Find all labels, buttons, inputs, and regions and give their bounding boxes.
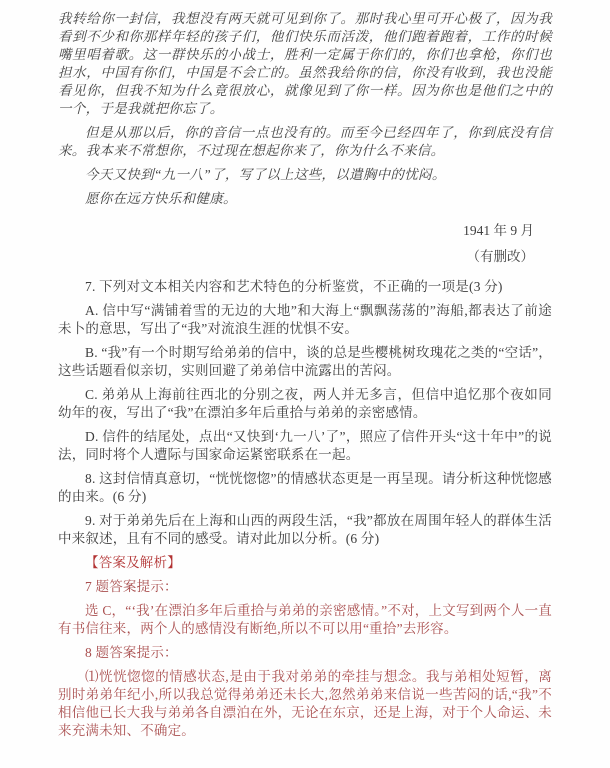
question-8: 8. 这封信情真意切，“恍恍惚惚”的情感状态更是一再呈现。请分析这种恍惚感的由来…: [58, 470, 552, 506]
letter-paragraph: 今天又快到“九一八”了，写了以上这些，以遣胸中的忧闷。: [58, 166, 552, 184]
answer-q8-label: 8 题答案提示：: [58, 644, 552, 662]
letter-paragraph: 我转给你一封信，我想没有两天就可见到你了。那时我心里可开心极了，因为我看到不少和…: [58, 10, 552, 118]
answer-q7-label: 7 题答案提示：: [58, 578, 552, 596]
questions-section: 7. 下列对文本相关内容和艺术特色的分析鉴赏，不正确的一项是(3 分) A. 信…: [58, 278, 552, 548]
question-7-option-d: D. 信件的结尾处，点出“又快到‘九一八’了”，照应了信件开头“这十年中”的说法…: [58, 428, 552, 464]
letter-date: 1941 年 9 月: [58, 222, 534, 240]
answer-q7-text: 选 C，“‘我’在漂泊多年后重拾与弟弟的亲密感情。”不对，上文写到两个人一直有书…: [58, 602, 552, 638]
answer-q8-text: ⑴恍恍惚惚的情感状态,是由于我对弟弟的牵挂与想念。我与弟相处短暂，离别时弟弟年纪…: [58, 668, 552, 740]
letter-signoff: 1941 年 9 月 （有删改）: [58, 222, 552, 266]
question-7: 7. 下列对文本相关内容和艺术特色的分析鉴赏，不正确的一项是(3 分): [58, 278, 552, 296]
question-7-option-b: B. “我”有一个时期写给弟弟的信中，谈的总是些樱桃树玫瑰花之类的“空话”，这些…: [58, 344, 552, 380]
question-7-option-c: C. 弟弟从上海前往西北的分别之夜，两人并无多言，但信中追忆那个夜如同幼年的夜，…: [58, 386, 552, 422]
answer-section: 【答案及解析】 7 题答案提示： 选 C，“‘我’在漂泊多年后重拾与弟弟的亲密感…: [58, 554, 552, 740]
letter-section: 我转给你一封信，我想没有两天就可见到你了。那时我心里可开心极了，因为我看到不少和…: [58, 10, 552, 208]
letter-edit-note: （有删改）: [58, 248, 534, 266]
letter-paragraph: 愿你在远方快乐和健康。: [58, 190, 552, 208]
answer-section-header: 【答案及解析】: [58, 554, 552, 572]
question-7-option-a: A. 信中写“满铺着雪的无边的大地”和大海上“飘飘荡荡的”海船,都表达了前途未卜…: [58, 302, 552, 338]
document-page: 我转给你一封信，我想没有两天就可见到你了。那时我心里可开心极了，因为我看到不少和…: [0, 0, 610, 768]
question-9: 9. 对于弟弟先后在上海和山西的两段生活，“我”都放在周围年轻人的群体生活中来叙…: [58, 512, 552, 548]
letter-paragraph: 但是从那以后，你的音信一点也没有的。而至今已经四年了，你到底没有信来。我本来不常…: [58, 124, 552, 160]
